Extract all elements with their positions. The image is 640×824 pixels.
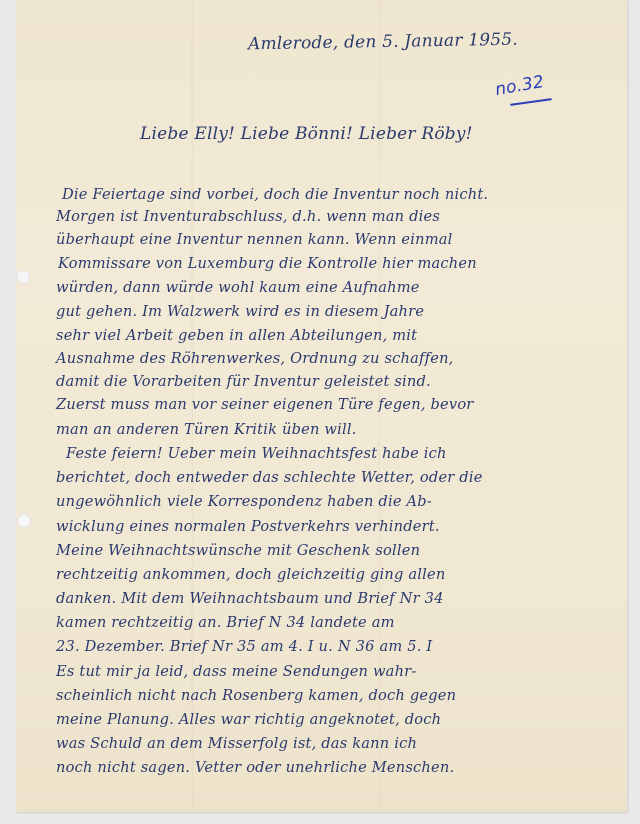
salutation: Liebe Elly! Liebe Bönni! Lieber Röby! bbox=[140, 124, 473, 144]
body-line: danken. Mit dem Weihnachtsbaum und Brief… bbox=[56, 590, 444, 607]
body-line: Meine Weihnachtswünsche mit Geschenk sol… bbox=[56, 542, 420, 559]
body-line: Die Feiertage sind vorbei, doch die Inve… bbox=[62, 186, 488, 203]
body-line: Es tut mir ja leid, dass meine Sendungen… bbox=[56, 663, 417, 680]
body-line: scheinlich nicht nach Rosenberg kamen, d… bbox=[56, 687, 456, 704]
body-line: sehr viel Arbeit geben in allen Abteilun… bbox=[56, 327, 417, 344]
body-line: rechtzeitig ankommen, doch gleichzeitig … bbox=[56, 566, 445, 583]
body-line: Morgen ist Inventurabschluss, d.h. wenn … bbox=[56, 208, 440, 225]
body-line: würden, dann würde wohl kaum eine Aufnah… bbox=[56, 279, 420, 296]
body-line: meine Planung. Alles war richtig angekno… bbox=[56, 711, 441, 728]
body-line: Kommissare von Luxemburg die Kontrolle h… bbox=[58, 255, 477, 272]
body-line: noch nicht sagen. Vetter oder unehrliche… bbox=[56, 759, 454, 776]
body-line: 23. Dezember. Brief Nr 35 am 4. I u. N 3… bbox=[56, 638, 432, 655]
body-line: Feste feiern! Ueber mein Weihnachtsfest … bbox=[66, 445, 447, 462]
body-line: was Schuld an dem Misserfolg ist, das ka… bbox=[56, 735, 417, 752]
body-line: wicklung eines normalen Postverkehrs ver… bbox=[56, 518, 440, 535]
punch-hole-bottom bbox=[17, 514, 31, 528]
punch-hole-top bbox=[16, 270, 30, 284]
body-line: damit die Vorarbeiten für Inventur gelei… bbox=[56, 373, 431, 390]
body-line: gut gehen. Im Walzwerk wird es in diesem… bbox=[56, 303, 424, 320]
body-line: ungewöhnlich viele Korrespondenz haben d… bbox=[56, 493, 432, 510]
body-line: Ausnahme des Röhrenwerkes, Ordnung zu sc… bbox=[56, 350, 454, 367]
body-line: Zuerst muss man vor seiner eigenen Türe … bbox=[56, 396, 474, 413]
body-line: man an anderen Türen Kritik üben will. bbox=[56, 421, 357, 438]
body-line: berichtet, doch entweder das schlechte W… bbox=[56, 469, 483, 486]
body-line: überhaupt eine Inventur nennen kann. Wen… bbox=[56, 231, 453, 248]
body-line: kamen rechtzeitig an. Brief N 34 landete… bbox=[56, 614, 395, 631]
